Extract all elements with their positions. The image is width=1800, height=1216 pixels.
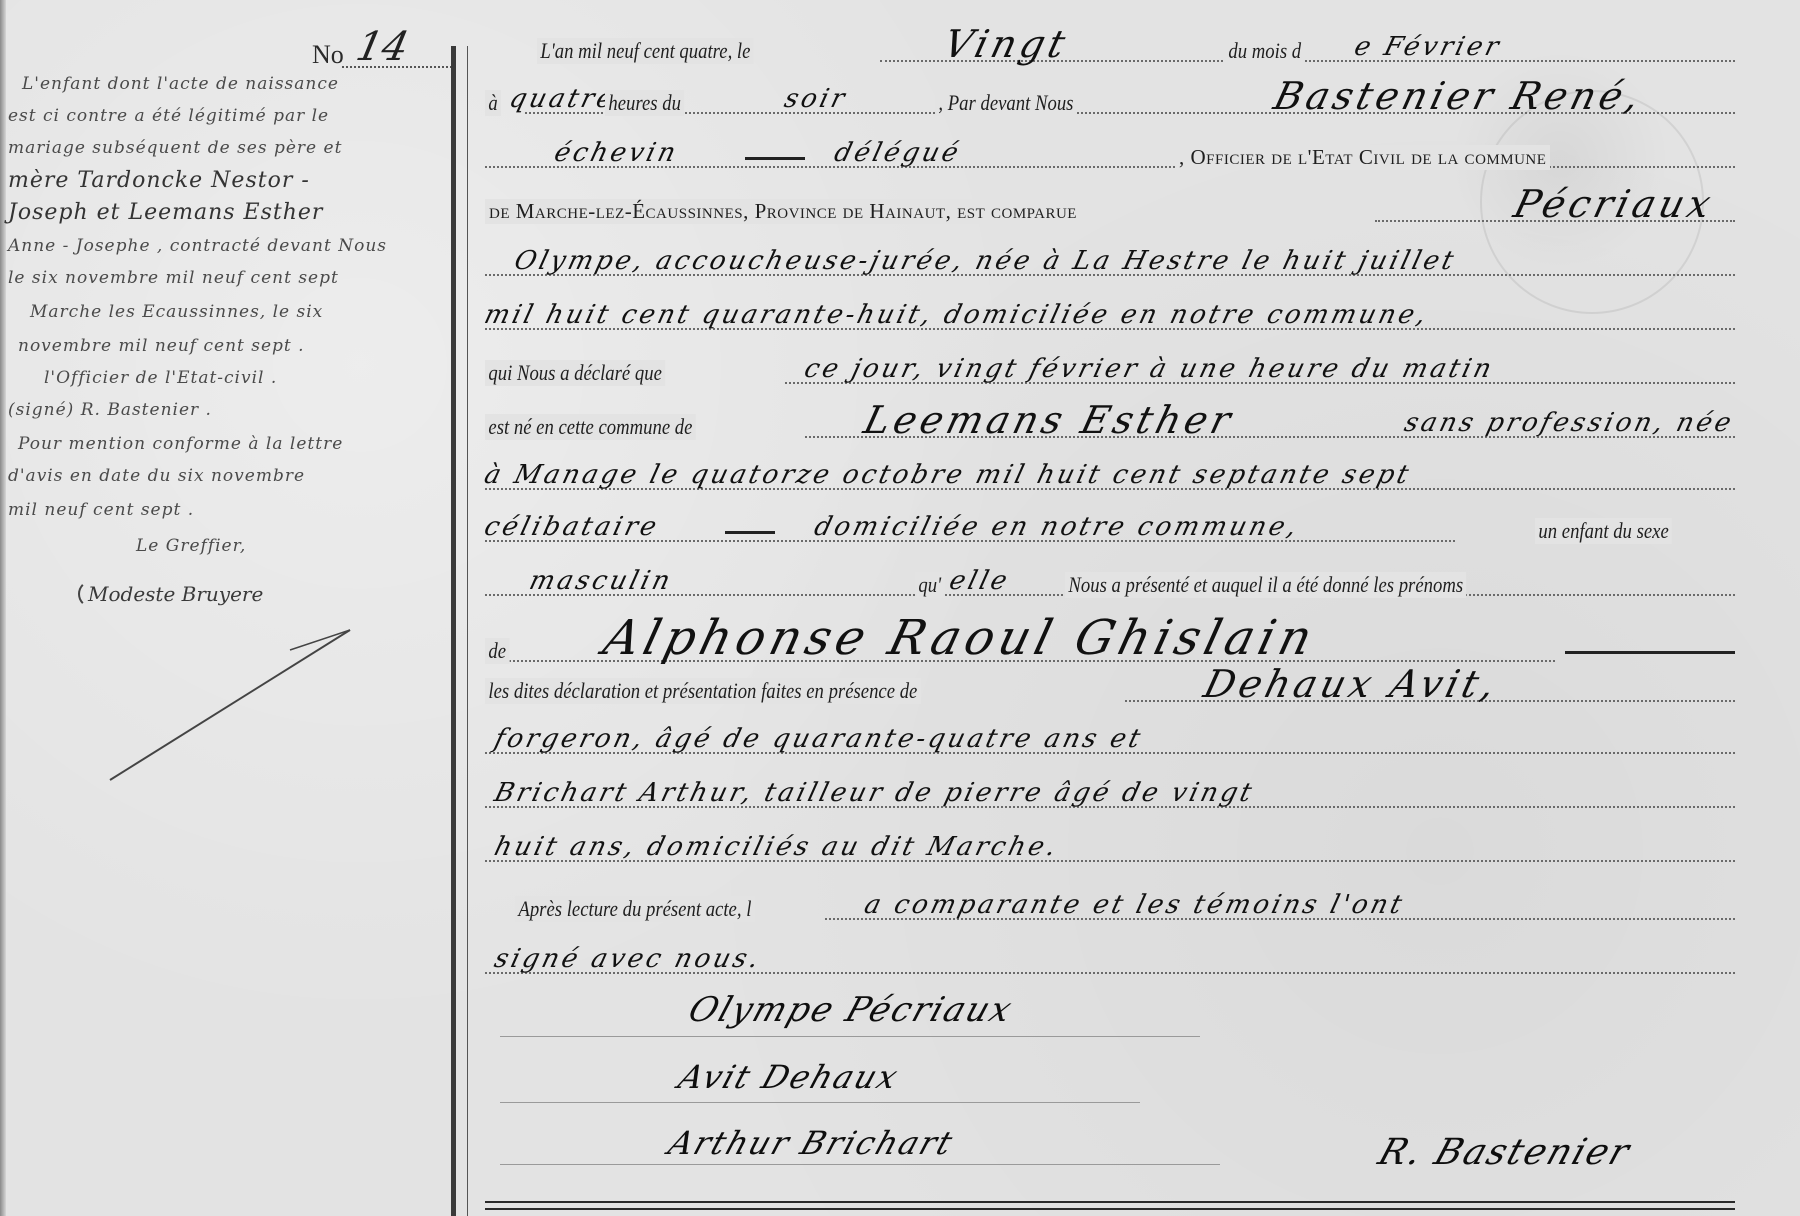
pen-dash — [745, 157, 805, 160]
closing-double-rule — [485, 1208, 1735, 1210]
pen-dash — [725, 531, 775, 534]
body-row-time-officer: à quatre heures du soir , Par devant Nou… — [485, 80, 1735, 120]
body-row-given-names: de Alphonse Raoul Ghislain — [485, 608, 1735, 668]
margin-line: mère Tardoncke Nestor - — [8, 168, 440, 193]
body-row-residence: huit ans, domiciliés au dit Marche. — [485, 828, 1735, 868]
body-row-witness-2: Brichart Arthur, tailleur de pierre âgé … — [485, 774, 1735, 814]
handwritten-text: mil huit cent quarante-huit, domiciliée … — [481, 300, 1432, 330]
body-row-officer-title: échevin délégué , Officier de l'Etat Civ… — [485, 134, 1735, 174]
handwritten-text: a comparante et les témoins l'ont — [861, 890, 1408, 920]
margin-line: novembre mil neuf cent sept . — [18, 336, 450, 356]
margin-line: est ci contre a été légitimé par le — [8, 106, 440, 126]
margin-line: l'Officier de l'Etat-civil . — [44, 368, 476, 388]
handwritten-text: Brichart Arthur, tailleur de pierre âgé … — [491, 778, 1257, 808]
body-row-status: célibataire domiciliée en notre commune,… — [485, 508, 1735, 548]
printed-text: heures du — [605, 90, 684, 116]
margin-line: le six novembre mil neuf cent sept — [8, 268, 440, 288]
margin-line: Anne - Josephe , contracté devant Nous — [8, 236, 440, 256]
handwritten-text: domiciliée en notre commune, — [811, 512, 1302, 542]
printed-text: de Marche-lez-Écaussinnes, Province de H… — [485, 199, 1081, 224]
handwritten-text: sans profession, née — [1401, 408, 1737, 438]
signature-witness-1: Avit Dehaux — [674, 1058, 904, 1096]
handwritten-text: célibataire — [481, 512, 662, 542]
body-row-signed: signé avec nous. — [485, 940, 1735, 980]
body-row-declared: qui Nous a déclaré que ce jour, vingt fé… — [485, 350, 1735, 390]
handwritten-title: échevin — [551, 138, 681, 168]
body-row-witnesses: les dites déclaration et présentation fa… — [485, 668, 1735, 708]
handwritten-text: signé avec nous. — [491, 944, 764, 974]
handwritten-child-names: Alphonse Raoul Ghislain — [598, 610, 1322, 666]
printed-text: est né en cette commune de — [485, 414, 696, 440]
handwritten-day: Vingt — [940, 22, 1074, 66]
greffier-signature: Modeste Bruyere — [78, 580, 273, 608]
handwritten-officer-name: Bastenier René, — [1270, 74, 1648, 118]
margin-annotation: No 14 L'enfant dont l'acte de naissance … — [0, 0, 450, 1216]
handwritten-witness: Dehaux Avit, — [1200, 662, 1504, 706]
record-number-label: No — [312, 40, 344, 70]
signature-guide-line — [500, 1036, 1200, 1037]
signature-witness-2: Arthur Brichart — [664, 1124, 959, 1162]
closing-double-rule — [485, 1201, 1735, 1203]
handwritten-text: ce jour, vingt février à une heure du ma… — [801, 354, 1497, 384]
printed-text: qu' — [915, 572, 945, 598]
printed-text: , Officier de l'Etat Civil de la commune — [1175, 145, 1550, 170]
printed-text: du mois d — [1225, 38, 1305, 64]
body-row-mother-birth: à Manage le quatorze octobre mil huit ce… — [485, 456, 1735, 496]
body-row-witness-1: forgeron, âgé de quarante-quatre ans et — [485, 720, 1735, 760]
printed-text: qui Nous a déclaré que — [485, 360, 665, 386]
handwritten-text: forgeron, âgé de quarante-quatre ans et — [491, 724, 1146, 754]
margin-line: Pour mention conforme à la lettre — [18, 434, 450, 454]
signature-guide-line — [500, 1102, 1140, 1103]
margin-divider-thick — [451, 46, 456, 1216]
handwritten-title: délégué — [831, 138, 964, 168]
margin-line: Joseph et Leemans Esther — [8, 200, 440, 225]
margin-divider-thin — [467, 46, 468, 1216]
handwritten-text: Olympe, accoucheuse-jurée, née à La Hest… — [511, 246, 1459, 276]
civil-record-page: No 14 L'enfant dont l'acte de naissance … — [0, 0, 1800, 1216]
margin-line: L'enfant dont l'acte de naissance — [22, 74, 454, 94]
printed-text: Nous a présenté et auquel il a été donné… — [1065, 572, 1467, 598]
body-row-sex: masculin qu' elle Nous a présenté et auq… — [485, 562, 1735, 602]
body-row-reading: Après lecture du présent acte, l a compa… — [485, 886, 1735, 926]
record-number-dotted-line — [342, 66, 452, 68]
handwritten-sex: masculin — [526, 566, 676, 596]
margin-line: mil neuf cent sept . — [8, 500, 440, 520]
handwritten-text: huit ans, domiciliés au dit Marche. — [491, 832, 1062, 862]
body-row-mother: est né en cette commune de Leemans Esthe… — [485, 404, 1735, 444]
printed-text: L'an mil neuf cent quatre, le — [537, 38, 754, 64]
pen-dash — [1565, 651, 1735, 654]
margin-line: d'avis en date du six novembre — [8, 466, 440, 486]
handwritten-month: e Février — [1351, 32, 1504, 62]
body-row-declarant: Olympe, accoucheuse-jurée, née à La Hest… — [485, 242, 1735, 282]
printed-text: à — [485, 90, 501, 116]
body-row-date: L'an mil neuf cent quatre, le Vingt du m… — [485, 28, 1735, 68]
margin-line: mariage subséquent de ses père et — [8, 138, 440, 158]
printed-text: de — [485, 638, 509, 664]
handwritten-text: à Manage le quatorze octobre mil huit ce… — [481, 460, 1414, 490]
handwritten-text: elle — [946, 566, 1013, 596]
signature-guide-line — [500, 1164, 1220, 1165]
margin-line: Marche les Ecaussinnes, le six — [30, 302, 462, 322]
body-row-declarant-cont: mil huit cent quarante-huit, domiciliée … — [485, 296, 1735, 336]
handwritten-hour: quatre — [506, 84, 619, 114]
body-row-commune: de Marche-lez-Écaussinnes, Province de H… — [485, 188, 1735, 228]
signature-officer: R. Bastenier — [1373, 1132, 1636, 1173]
handwritten-surname: Pécriaux — [1510, 182, 1719, 226]
printed-text: Après lecture du présent acte, l — [515, 896, 755, 922]
margin-line: (signé) R. Bastenier . — [8, 400, 440, 420]
printed-text: les dites déclaration et présentation fa… — [485, 678, 921, 704]
signature-flourish-icon — [100, 610, 460, 790]
signature-declarant: Olympe Pécriaux — [684, 990, 1019, 1030]
handwritten-period: soir — [781, 84, 850, 114]
printed-text: un enfant du sexe — [1535, 518, 1672, 544]
handwritten-mother-name: Leemans Esther — [860, 398, 1240, 442]
printed-text: , Par devant Nous — [935, 90, 1077, 116]
record-number-value: 14 — [352, 24, 413, 70]
